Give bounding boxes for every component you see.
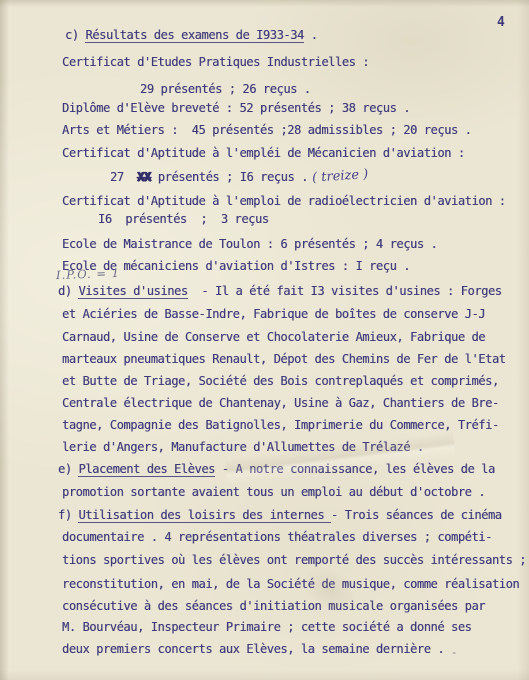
typed-line: et Aciéries de Basse-Indre, Fabrique de … bbox=[62, 307, 485, 321]
typed-line: reconstitution, en mai, de la Société de… bbox=[62, 577, 519, 591]
typed-text: promotion sortante avaient tous un emplo… bbox=[62, 485, 485, 499]
typed-line: et Butte de Triage, Société des Bois con… bbox=[62, 374, 499, 388]
typed-text: - Il a été fait I3 visites d'usines : Fo… bbox=[188, 284, 502, 298]
typed-text: Ecole de Maistrance de Toulon : 6 présen… bbox=[62, 237, 437, 251]
typed-text: lerie d'Angers, Manufacture d'Allumettes… bbox=[62, 440, 424, 454]
typed-line: e) Placement des Elèves - A notre connai… bbox=[58, 462, 495, 476]
typed-text: - Trois séances de cinéma bbox=[331, 508, 502, 522]
typed-text: Centrale électrique de Chantenay, Usine … bbox=[62, 396, 499, 410]
typed-text: Certificat d'Etudes Pratiques Industriel… bbox=[62, 55, 369, 69]
typed-line: Certificat d'Aptitude à l'empléi de Méca… bbox=[62, 146, 465, 160]
typed-text: et Aciéries de Basse-Indre, Fabrique de … bbox=[62, 307, 485, 321]
typed-text: marteaux pneumatiques Renault, Dépot des… bbox=[62, 352, 506, 366]
typed-text: tagne, Compagnie des Batignolles, Imprim… bbox=[62, 418, 499, 432]
typed-text: . bbox=[304, 28, 318, 42]
typed-line: tagne, Compagnie des Batignolles, Imprim… bbox=[62, 418, 499, 432]
handwritten-ipo-note: I.P.O. = 1 bbox=[56, 266, 120, 282]
typed-line: c) Résultats des examens de I933-34 . bbox=[65, 28, 318, 42]
typed-text: c) bbox=[65, 28, 85, 42]
typed-text: Certificat d'Aptitude à l'empléi de Méca… bbox=[62, 146, 465, 160]
typed-line: d) Visites d'usines - Il a été fait I3 v… bbox=[58, 284, 502, 298]
typed-text: Diplôme d'Elève breveté : 52 présentés ;… bbox=[62, 101, 410, 115]
typed-line: Certificat d'Etudes Pratiques Industriel… bbox=[62, 55, 369, 69]
struck-out-text: XX bbox=[137, 170, 151, 184]
typed-text: M. Bourvéau, Inspecteur Primaire ; cette… bbox=[62, 620, 471, 634]
typed-text: 29 présentés ; 26 reçus . bbox=[140, 82, 311, 96]
typed-line: Ecole de Maistrance de Toulon : 6 présen… bbox=[62, 237, 437, 251]
typed-text: f) bbox=[58, 508, 78, 522]
typed-line: M. Bourvéau, Inspecteur Primaire ; cette… bbox=[62, 620, 471, 634]
typed-text: et Butte de Triage, Société des Bois con… bbox=[62, 374, 499, 388]
typed-line: marteaux pneumatiques Renault, Dépot des… bbox=[62, 352, 506, 366]
typed-text: consécutive à des séances d'initiation m… bbox=[62, 599, 485, 613]
typed-text: présentés ; I6 reçus . bbox=[151, 170, 308, 184]
typed-text: 27 bbox=[110, 170, 137, 184]
typed-line: consécutive à des séances d'initiation m… bbox=[62, 599, 485, 613]
typed-text: tions sportives où les élèves ont rempor… bbox=[62, 553, 526, 567]
typed-text: - A notre connaissance, les élèves de la bbox=[215, 462, 495, 476]
typed-line: tions sportives où les élèves ont rempor… bbox=[62, 553, 526, 567]
typed-line: I6 présentés ; 3 reçus bbox=[98, 212, 269, 226]
typed-line: Certificat d'Aptitude à l'emploi de radi… bbox=[62, 194, 506, 208]
typed-line: Carnaud, Usine de Conserve et Chocolater… bbox=[62, 330, 485, 344]
typed-text: deux premiers concerts aux Elèves, la se… bbox=[62, 642, 444, 656]
typed-text: Certificat d'Aptitude à l'emploi de radi… bbox=[62, 194, 506, 208]
typed-text: I6 présentés ; 3 reçus bbox=[98, 212, 269, 226]
underlined-heading: Placement des Elèves bbox=[78, 462, 215, 477]
scanned-typewritten-page: 4 c) Résultats des examens de I933-34 .C… bbox=[0, 0, 529, 680]
typed-line: 27 XX présentés ; I6 reçus . ( treize ) bbox=[110, 170, 368, 185]
page-number: 4 bbox=[497, 15, 505, 30]
underlined-heading: Visites d'usines bbox=[78, 284, 187, 299]
typed-line: Arts et Métiers : 45 présentés ;28 admis… bbox=[62, 123, 471, 137]
typed-line: f) Utilisation des loisirs des internes … bbox=[58, 508, 502, 522]
stray-pencil-mark: - bbox=[450, 646, 458, 660]
underlined-heading: Utilisation des loisirs des internes bbox=[78, 508, 331, 523]
handwritten-correction: ( treize ) bbox=[307, 167, 368, 186]
typed-line: documentaire . 4 représentations théatra… bbox=[62, 530, 492, 544]
typed-line: deux premiers concerts aux Elèves, la se… bbox=[62, 642, 444, 656]
typed-line: lerie d'Angers, Manufacture d'Allumettes… bbox=[62, 440, 424, 454]
typed-text: Carnaud, Usine de Conserve et Chocolater… bbox=[62, 330, 485, 344]
typed-text: documentaire . 4 représentations théatra… bbox=[62, 530, 492, 544]
typed-text: e) bbox=[58, 462, 78, 476]
typed-line: 29 présentés ; 26 reçus . bbox=[140, 82, 311, 96]
typed-line: promotion sortante avaient tous un emplo… bbox=[62, 485, 485, 499]
typed-line: Diplôme d'Elève breveté : 52 présentés ;… bbox=[62, 101, 410, 115]
typed-text: Arts et Métiers : 45 présentés ;28 admis… bbox=[62, 123, 471, 137]
typed-text: d) bbox=[58, 284, 78, 298]
typed-text: reconstitution, en mai, de la Société de… bbox=[62, 577, 519, 591]
underlined-heading: Résultats des examens de I933-34 bbox=[85, 28, 303, 43]
typed-line: Centrale électrique de Chantenay, Usine … bbox=[62, 396, 499, 410]
